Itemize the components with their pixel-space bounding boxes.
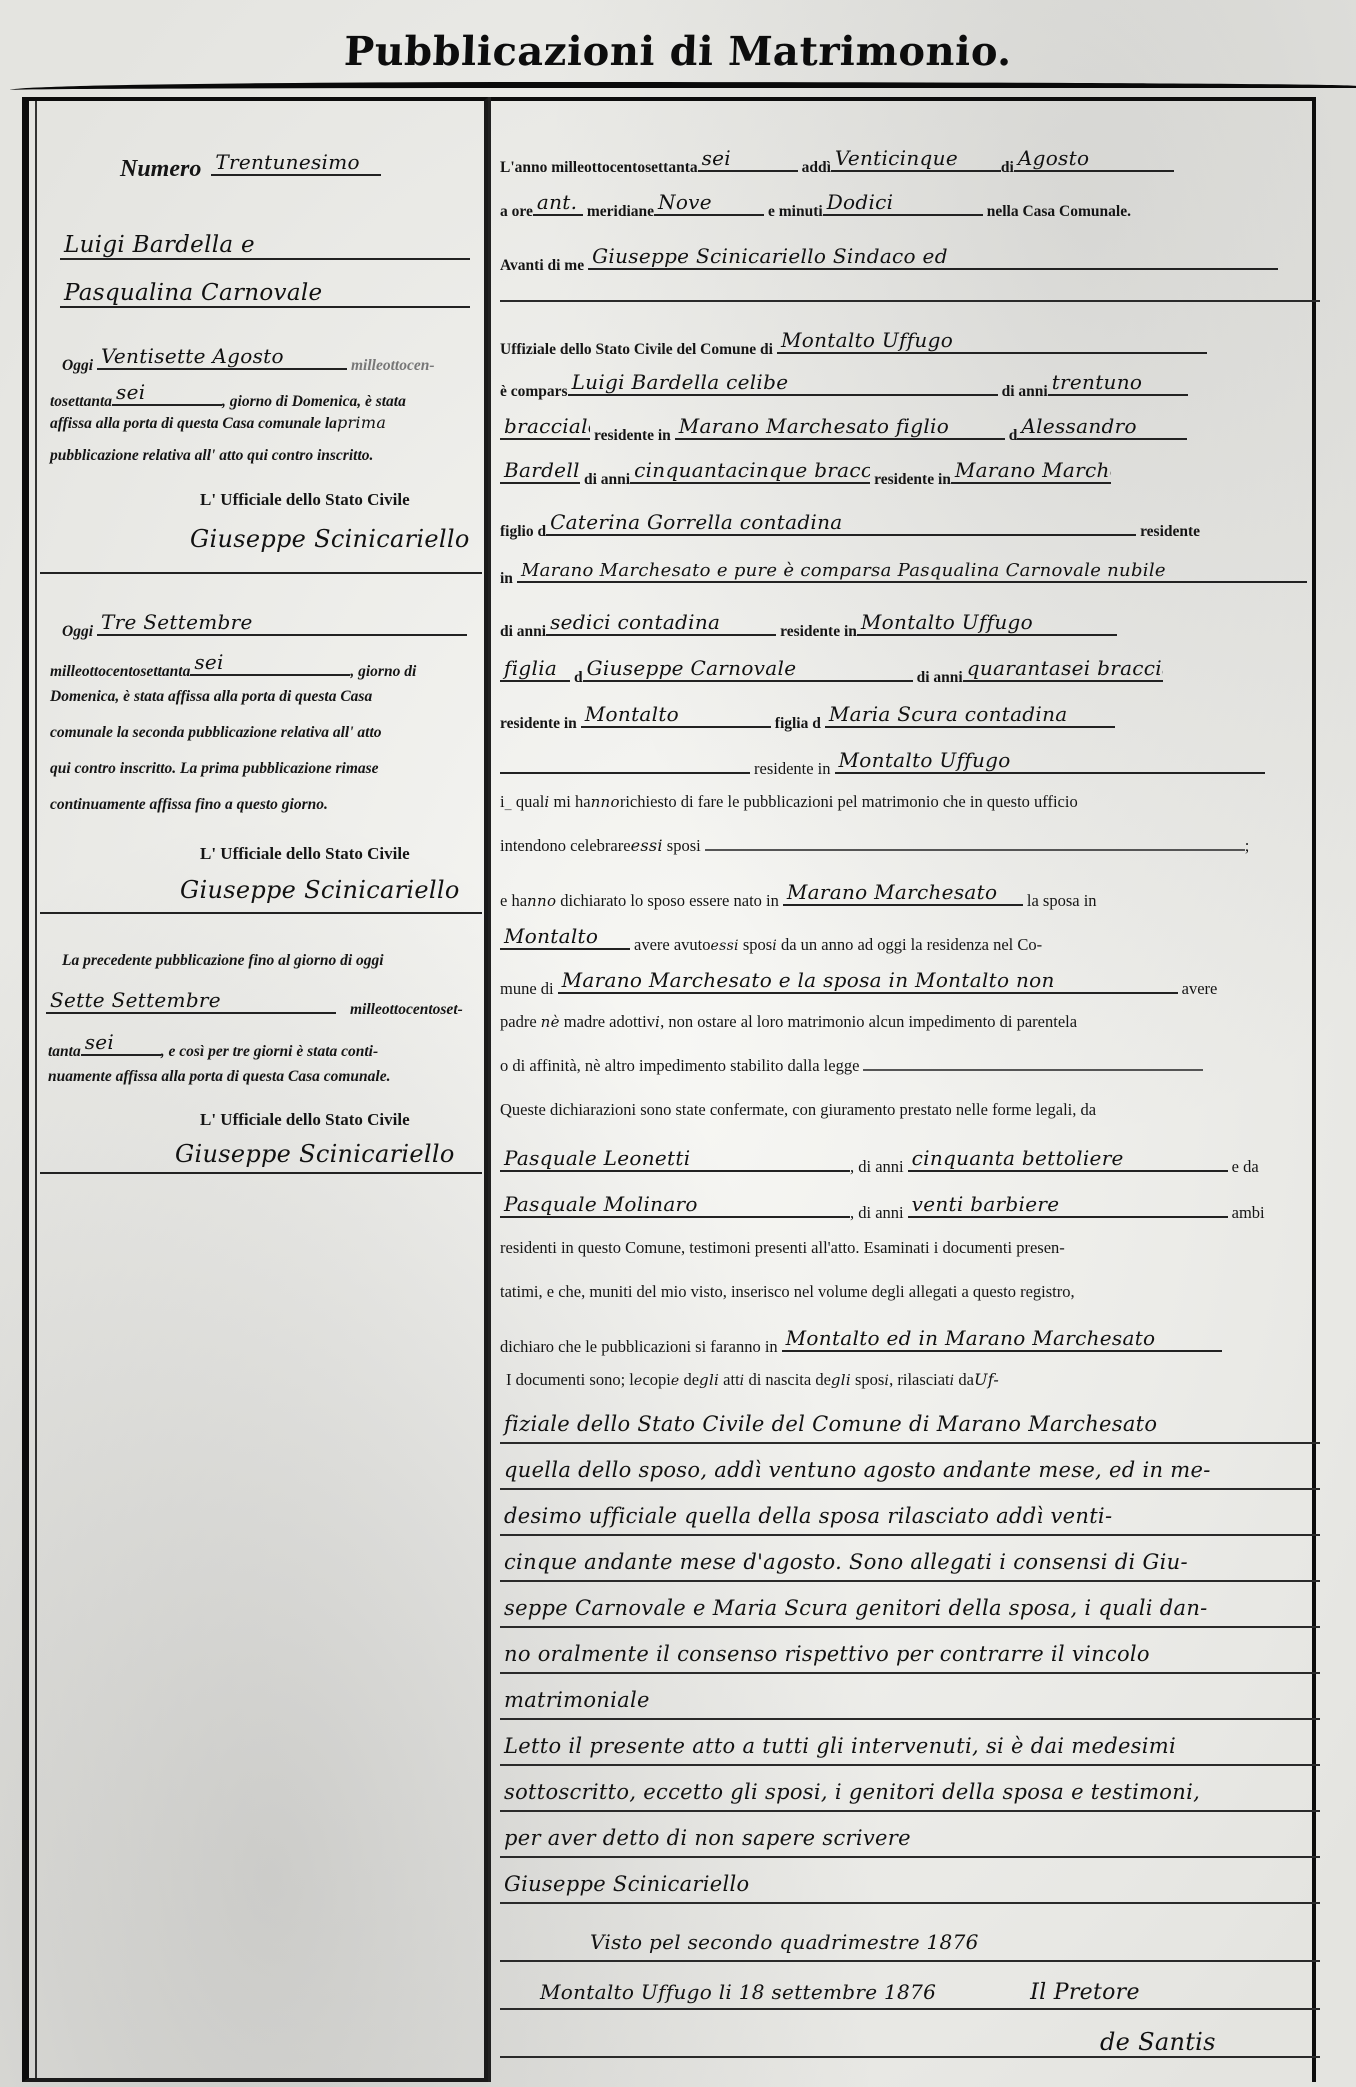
printed-text: , non ostare al loro matrimonio alcun im… [660,1012,1077,1031]
pretore-signature: de Santis [1100,2028,1216,2056]
officiant-field: Giuseppe Scinicariello Sindaco ed [588,244,1278,270]
numero-label: Numero [120,156,201,182]
spouse-groom-name: Luigi Bardella e [60,232,470,260]
printed-text: residente in [594,427,671,444]
groom-birthplace-field: Marano Marchesato [783,880,1023,906]
ruled-line [500,1902,1320,1904]
first-pub-line-1: Oggi Ventisette Agosto milleottocen- [62,344,502,375]
printed-text: figlia d [775,715,821,732]
act-line-13: residente in Montalto Uffugo [500,748,1320,779]
printed-text: spos [855,1370,884,1389]
year-field: sei [698,146,798,172]
ruled-line [500,300,1320,302]
printed-text: copi [642,1370,670,1389]
closing-line-1: La precedente pubblicazione fino al gior… [62,952,502,970]
groom-mother-field: Caterina Gorrella contadina [546,510,1136,536]
printed-text: di anni [917,669,963,686]
ruled-line [500,2056,1320,2058]
fill-in: essi [711,938,739,954]
day-field: Venticinque [831,146,1001,172]
act-line-7: Bardella di annicinquantacinque braccial… [500,458,1320,489]
handwritten-line: quella dello sposo, addì ventuno agosto … [504,1458,1324,1482]
numero-row: Numero Trentunesimo [120,150,560,183]
handwritten-text: desimo ufficiale quella della sposa rila… [504,1504,1112,1528]
printed-text: residente [1140,523,1200,540]
printed-text: d [574,669,583,686]
act-line-21: Queste dichiarazioni sono state conferma… [500,1100,1320,1120]
printed-text: e ha [500,891,527,910]
handwritten-line: per aver detto di non sapere scrivere [504,1826,1324,1850]
printed-text: Queste dichiarazioni sono state conferma… [500,1100,1096,1119]
printed-text: residente in [754,759,831,778]
fill-in: Uf- [974,1370,999,1389]
printed-text: ; [1245,836,1250,855]
printed-text: richiesto di fare le pubblicazioni pel m… [620,792,1078,811]
printed-text: La precedente pubblicazione fino al gior… [62,952,384,969]
printed-text: residente in [780,623,857,640]
printed-text: residenti in questo Comune, testimoni pr… [500,1238,1065,1257]
oggi-label: Oggi [62,357,93,374]
act-line-18: mune di Marano Marchesato e la sposa in … [500,968,1320,999]
witness-2-age-occupation: venti barbiere [908,1192,1228,1218]
groom-age-field: trentuno [1048,370,1188,396]
printed-text: intendono celebrare [500,836,631,855]
section-divider [40,912,482,914]
handwritten-text: matrimoniale [504,1688,650,1712]
printed-text: , rilasciat [889,1370,949,1389]
document-title: Pubblicazioni di Matrimonio. [0,28,1356,75]
ruled-line [500,1718,1320,1720]
bride-father-field: Giuseppe Carnovale [583,656,913,682]
oggi-label: Oggi [62,623,93,640]
handwritten-line: desimo ufficiale quella della sposa rila… [504,1504,1324,1528]
printed-text: L'anno milleottocentosettanta [500,159,698,176]
hour-field: Nove [654,190,764,216]
printed-text: meridiane [587,203,654,220]
year-suffix: sei [112,380,222,406]
handwritten-line: no oralmente il consenso rispettivo per … [504,1642,1324,1666]
closing-date: Sette Settembre [46,988,336,1014]
handwritten-text: per aver detto di non sapere scrivere [504,1826,911,1850]
officer-signature: Giuseppe Scinicariello [180,876,460,904]
spouse-bride-name: Pasqualina Carnovale [60,280,470,308]
first-pub-line-2: tosettantasei, giorno di Domenica, è sta… [50,380,490,411]
act-line-8: figlio dCaterina Gorrella contadina resi… [500,510,1320,541]
printed-text: I documenti sono; l [506,1370,634,1389]
printed-text: Uffiziale dello Stato Civile del Comune … [500,341,773,358]
first-pub-line-4: pubblicazione relativa all' atto qui con… [50,447,490,465]
handwritten-line: seppe Carnovale e Maria Scura genitori d… [504,1596,1324,1620]
ruled-line [500,1810,1320,1812]
printed-text: nella Casa Comunale. [987,203,1131,220]
act-line-10: di annisedici contadina residente inMont… [500,610,1320,641]
second-pub-line-3: Domenica, è stata affissa alla porta di … [50,688,490,706]
fill-in: e [671,1373,680,1389]
groom-father-field: Alessandro [1017,414,1187,440]
second-pub-line-2: milleottocentosettantasei, giorno di [50,650,490,681]
printed-text: de [683,1370,699,1389]
first-pub-officer: L' Ufficiale dello Stato Civile [200,490,640,510]
numero-value: Trentunesimo [211,150,381,176]
ruled-line [500,1960,1320,1962]
printed-text: mune di [500,979,554,998]
groom-name-field: Luigi Bardella celibe [568,370,998,396]
printed-text: figlio d [500,523,546,540]
officer-signature: Giuseppe Scinicariello [175,1140,455,1168]
printed-text: di anni [500,623,546,640]
pretore-signature-row: de Santis [1100,2028,1356,2056]
residence-declaration-field: Marano Marchesato e la sposa in Montalto… [558,968,1178,994]
bride-father-age: quarantasei bracciale [963,656,1163,682]
meridian-field: ant. [533,190,583,216]
second-pub-line-6: continuamente affissa fino a questo gior… [50,796,490,814]
place-date-note: Montalto Uffugo li 18 settembre 1876 [540,1980,936,2004]
act-line-19: padre nè madre adottivi, non ostare al l… [500,1012,1320,1032]
fill-in: nno [591,793,620,811]
handwritten-line: fiziale dello Stato Civile del Comune di… [504,1412,1324,1436]
printed-text: di [1001,159,1014,176]
groom-occupation-field: bracciale [500,414,590,440]
act-line-3: Avanti di me Giuseppe Scinicariello Sind… [500,244,1320,275]
printed-text: , giorno di Domenica, è stata [222,393,406,410]
printed-text: , di anni [850,1157,904,1176]
ruled-line [500,1856,1320,1858]
printed-text: in [500,570,513,587]
spouses-line-1: Luigi Bardella e [60,232,500,265]
act-line-1: L'anno milleottocentosettantasei addìVen… [500,146,1320,177]
groom-father-residence: Marano Marchesato [951,458,1111,484]
first-pub-date: Ventisette Agosto [97,344,347,370]
year-suffix: sei [81,1030,161,1056]
bride-relation-field: figlia [500,656,570,682]
handwritten-text: sottoscritto, eccetto gli sposi, i genit… [504,1780,1200,1804]
ruled-line [500,1626,1320,1628]
printed-text: affissa alla porta di questa Casa comuna… [50,415,337,432]
fill-in: i [544,793,549,811]
handwritten-text: Giuseppe Scinicariello [504,1872,749,1896]
handwritten-text: fiziale dello Stato Civile del Comune di… [504,1412,1157,1436]
year-suffix: sei [190,650,350,676]
printed-text: tosettanta [50,393,112,410]
act-line-22: Pasquale Leonetti, di anni cinquanta bet… [500,1146,1320,1177]
printed-text: di anni [1002,383,1048,400]
act-line-2: a oreant. meridianeNove e minutiDodici n… [500,190,1320,221]
bride-residence-field: Montalto Uffugo [857,610,1117,636]
officer-signature: Giuseppe Scinicariello [190,525,470,553]
ruled-line [500,1580,1320,1582]
visto-note: Visto pel secondo quadrimestre 1876 [590,1930,979,1954]
printed-text: dichiarato lo sposo essere nato in [560,891,779,910]
printed-text: di anni [584,471,630,488]
act-line-16: e hanno dichiarato lo sposo essere nato … [500,880,1320,911]
printed-text: nuamente affissa alla porta di questa Ca… [48,1068,390,1085]
act-line-9: in Marano Marchesato e pure è comparsa P… [500,560,1320,588]
ruled-line [500,2008,1320,2010]
officer-label: L' Ufficiale dello Stato Civile [200,490,410,509]
fill-in: nno [527,892,556,910]
bride-father-residence: Montalto [581,702,771,728]
bride-mother-field: Maria Scura contadina [825,702,1115,728]
printed-text: milleottocentosettanta [50,663,190,680]
printed-text: residente in [874,471,951,488]
groom-father-surname: Bardella [500,458,580,484]
handwritten-text: cinque andante mese d'agosto. Sono alleg… [504,1550,1188,1574]
printed-text: avere [1182,979,1218,998]
act-line-20: o di affinità, nè altro impedimento stab… [500,1056,1320,1076]
printed-text: qual [516,792,544,811]
printed-text: sposi [667,836,701,855]
printed-text: tanta [48,1043,81,1060]
printed-text: att [723,1370,740,1389]
closing-line-4: nuamente affissa alla porta di questa Ca… [48,1068,488,1086]
spouses-line-2: Pasqualina Carnovale [60,280,500,313]
fill-in: essi [631,836,663,855]
act-line-6: bracciale residente in Marano Marchesato… [500,414,1320,445]
bride-age-field: sedici contadina [546,610,776,636]
first-pub-line-3: affissa alla porta di questa Casa comuna… [50,413,490,433]
printed-text: tatimi, e che, muniti del mio visto, ins… [500,1282,1075,1301]
printed-text: comunale la seconda pubblicazione relati… [50,724,382,741]
printed-text: da un anno ad oggi la residenza nel Co- [781,935,1042,954]
printed-text: , giorno di [350,663,416,680]
printed-text: avere avuto [634,935,711,954]
printed-text: d [1009,427,1018,444]
act-line-27: I documenti sono; lecopie degli atti di … [506,1370,1326,1390]
printed-text: da [958,1370,974,1389]
bride-mother-residence: Montalto Uffugo [835,748,1265,774]
handwritten-text: quella dello sposo, addì ventuno agosto … [504,1458,1211,1482]
second-pub-line-5: qui contro inscritto. La prima pubblicaz… [50,760,490,778]
section-divider [40,1172,482,1174]
officer-label: L' Ufficiale dello Stato Civile [200,1110,410,1129]
bride-birthplace-field: Montalto [500,924,630,950]
printed-text: padre [500,1012,537,1031]
printed-text: , e così per tre giorni è stata conti- [161,1043,378,1060]
printed-text: Avanti di me [500,257,584,274]
second-pub-line-1: Oggi Tre Settembre [62,610,502,641]
handwritten-line: Giuseppe Scinicariello [504,1872,1324,1896]
printed-text: mi ha [553,792,590,811]
witness-1-age-occupation: cinquanta bettoliere [908,1146,1228,1172]
printed-text: addì [802,159,831,176]
printed-text: ambi [1232,1203,1265,1222]
act-line-4: Uffiziale dello Stato Civile del Comune … [500,328,1320,359]
bride-mother-residence-blank [500,772,750,774]
printed-text: milleottocen- [351,357,435,374]
second-pub-line-4: comunale la seconda pubblicazione relati… [50,724,490,742]
handwritten-line: sottoscritto, eccetto gli sposi, i genit… [504,1780,1324,1804]
printed-text: a ore [500,203,533,220]
printed-text: madre adottiv [564,1012,655,1031]
printed-text: è compars [500,383,568,400]
fill-in: gli [831,1371,851,1389]
ruled-line [500,1672,1320,1674]
printed-text: Domenica, è stata affissa alla porta di … [50,688,372,705]
month-field: Agosto [1014,146,1174,172]
printed-text: e minuti [768,203,823,220]
ruled-line [500,1764,1320,1766]
visto-line: Visto pel secondo quadrimestre 1876 [590,1930,1356,1954]
act-line-26: dichiaro che le pubblicazioni si faranno… [500,1326,1320,1357]
handwritten-line: matrimoniale [504,1688,1324,1712]
section-divider [40,572,482,574]
printed-text: qui contro inscritto. La prima pubblicaz… [50,760,379,777]
minutes-field: Dodici [823,190,983,216]
act-line-25: tatimi, e che, muniti del mio visto, ins… [500,1282,1320,1302]
act-line-17: Montalto avere avutoessi sposi da un ann… [500,924,1320,955]
act-line-23: Pasquale Molinaro, di anni venti barbier… [500,1192,1320,1223]
fill-in: nè [541,1013,560,1031]
bride-appearance-field: Marano Marchesato e pure è comparsa Pasq… [517,560,1307,583]
printed-text: milleottocentoset- [350,1001,463,1018]
witness-2-name: Pasquale Molinaro [500,1192,850,1218]
fill-in: i [950,1373,955,1389]
comune-field: Montalto Uffugo [777,328,1207,354]
printed-text: pubblicazione relativa all' atto qui con… [50,447,373,464]
handwritten-line: cinque andante mese d'agosto. Sono alleg… [504,1550,1324,1574]
act-line-12: residente in Montalto figlia d Maria Scu… [500,702,1320,733]
place-date-row: Montalto Uffugo li 18 settembre 1876 Il … [540,1980,1356,2005]
publication-places-field: Montalto ed in Marano Marchesato [782,1326,1222,1352]
act-line-24: residenti in questo Comune, testimoni pr… [500,1238,1320,1258]
printed-text: di nascita de [748,1370,830,1389]
act-line-5: è comparsLuigi Bardella celibe di annitr… [500,370,1320,401]
ruled-line [500,1442,1320,1444]
handwritten-text: Letto il presente atto a tutti gli inter… [504,1734,1176,1758]
printed-text: spos [743,935,772,954]
printed-text: dichiaro che le pubblicazioni si faranno… [500,1337,778,1356]
ordinal-value: prima [337,413,386,432]
handwritten-text: seppe Carnovale e Maria Scura genitori d… [504,1596,1208,1620]
act-line-14: i_ quali mi hannorichiesto di fare le pu… [500,792,1320,812]
act-line-11: figlia dGiuseppe Carnovale di anniquaran… [500,656,1320,687]
printed-text: e da [1232,1157,1259,1176]
printed-text: o di affinità, nè altro impedimento stab… [500,1056,859,1075]
groom-father-age: cinquantacinque bracciale [630,458,870,484]
closing-line-2: Sette Settembre milleottocentoset- [46,988,486,1019]
pretore-label: Il Pretore [1030,1980,1140,2005]
officer-label: L' Ufficiale dello Stato Civile [200,844,410,863]
act-line-15: intendono celebrareessi sposi ; [500,836,1320,856]
printed-text: , di anni [850,1203,904,1222]
ruled-line [500,1534,1320,1536]
frame-top-border [10,82,1356,92]
fill-in: gli [699,1371,719,1389]
fill-in: i [772,938,777,954]
printed-text: continuamente affissa fino a questo gior… [50,796,328,813]
ruled-line [500,1488,1320,1490]
closing-line-3: tantasei, e così per tre giorni è stata … [48,1030,488,1061]
witness-1-name: Pasquale Leonetti [500,1146,850,1172]
groom-residence-field: Marano Marchesato figlio [675,414,1005,440]
second-pub-date: Tre Settembre [97,610,467,636]
printed-text: la sposa in [1027,891,1097,910]
fill-in: i [740,1373,745,1389]
handwritten-text: no oralmente il consenso rispettivo per … [504,1642,1150,1666]
printed-text: residente in [500,715,577,732]
handwritten-line: Letto il presente atto a tutti gli inter… [504,1734,1324,1758]
